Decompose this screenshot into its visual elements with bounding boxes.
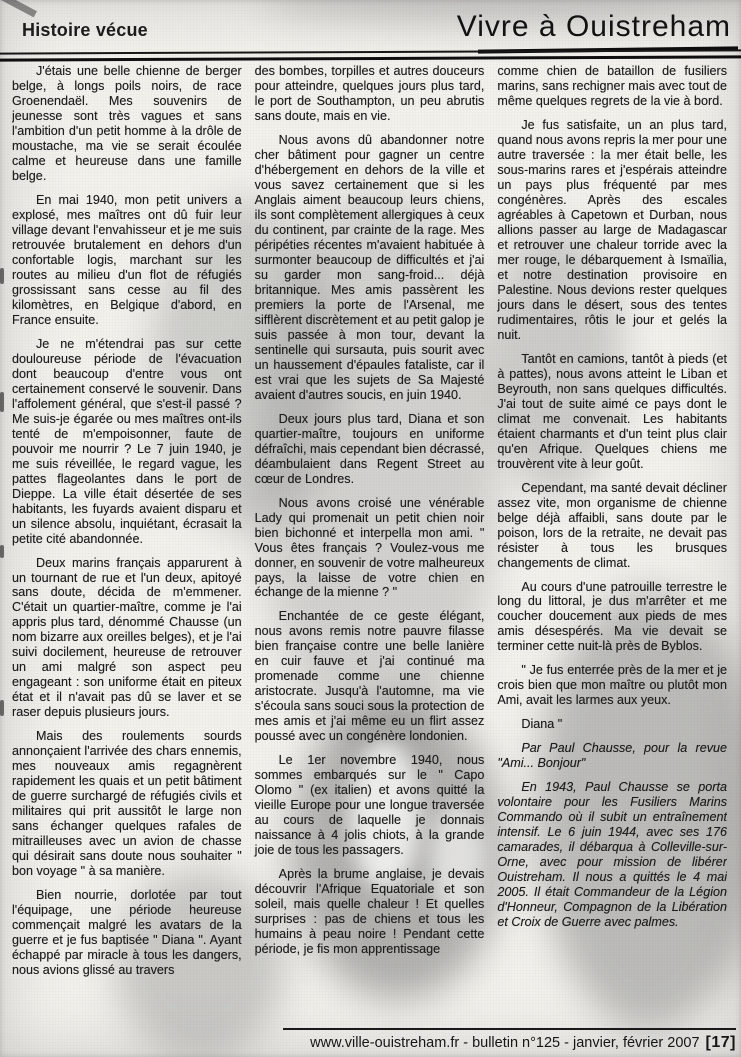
corner-scan-mark bbox=[0, 0, 37, 17]
article-paragraph: Au cours d'une patrouille terrestre le l… bbox=[497, 580, 727, 655]
scanned-bulletin-page: Histoire vécue Vivre à Ouistreham J'étai… bbox=[0, 0, 741, 1057]
header-rule-thin bbox=[0, 49, 741, 54]
article-paragraph: Après la brume anglaise, je devais décou… bbox=[255, 867, 485, 957]
article-paragraph: Bien nourrie, dorlotée par tout l'équipa… bbox=[12, 888, 242, 978]
article-paragraph: Deux marins français apparurent à un tou… bbox=[12, 556, 242, 721]
newsletter-title: Vivre à Ouistreham bbox=[457, 10, 731, 44]
article-paragraph: Tantôt en camions, tantôt à pieds (et à … bbox=[497, 352, 727, 472]
page-footer: www.ville-ouistreham.fr - bulletin n°125… bbox=[283, 1028, 736, 1052]
article-column-2: des bombes, torpilles et autres douceurs… bbox=[255, 64, 485, 1023]
article-paragraph: Diana " bbox=[497, 717, 727, 732]
article-paragraph: En 1943, Paul Chausse se porta volontair… bbox=[497, 780, 727, 930]
page-number: [17] bbox=[706, 1034, 736, 1051]
margin-mark bbox=[0, 700, 4, 716]
article-paragraph: Enchantée de ce geste élégant, nous avon… bbox=[255, 609, 485, 744]
header-rule-thick bbox=[0, 55, 741, 61]
article-paragraph: Nous avons croisé une vénérable Lady qui… bbox=[255, 496, 485, 601]
article-paragraph: Par Paul Chausse, pour la revue "Ami... … bbox=[497, 741, 727, 771]
article-column-1: J'étais une belle chienne de berger belg… bbox=[12, 64, 242, 1023]
margin-mark bbox=[0, 545, 4, 558]
section-title: Histoire vécue bbox=[22, 20, 148, 41]
article-paragraph: Nous avons dû abandonner notre cher bâti… bbox=[255, 133, 485, 403]
article-paragraph: comme chien de bataillon de fusiliers ma… bbox=[497, 64, 727, 109]
article-paragraph: Je ne m'étendrai pas sur cette douloureu… bbox=[12, 337, 242, 547]
article-body: J'étais une belle chienne de berger belg… bbox=[12, 64, 727, 1023]
footer-text: www.ville-ouistreham.fr - bulletin n°125… bbox=[310, 1035, 699, 1051]
article-column-3: comme chien de bataillon de fusiliers ma… bbox=[497, 64, 727, 1023]
article-paragraph: J'étais une belle chienne de berger belg… bbox=[12, 64, 242, 184]
article-paragraph: des bombes, torpilles et autres douceurs… bbox=[255, 64, 485, 124]
article-paragraph: " Je fus enterrée près de la mer et je c… bbox=[497, 663, 727, 708]
margin-mark bbox=[0, 392, 4, 412]
article-paragraph: Mais des roulements sourds annonçaient l… bbox=[12, 729, 242, 879]
margin-mark bbox=[0, 268, 4, 284]
article-paragraph: Je fus satisfaite, un an plus tard, quan… bbox=[497, 118, 727, 343]
article-paragraph: Deux jours plus tard, Diana et son quart… bbox=[255, 412, 485, 487]
article-paragraph: Cependant, ma santé devait décliner asse… bbox=[497, 481, 727, 571]
article-paragraph: Le 1er novembre 1940, nous sommes embarq… bbox=[255, 753, 485, 858]
article-paragraph: En mai 1940, mon petit univers a explosé… bbox=[12, 193, 242, 328]
